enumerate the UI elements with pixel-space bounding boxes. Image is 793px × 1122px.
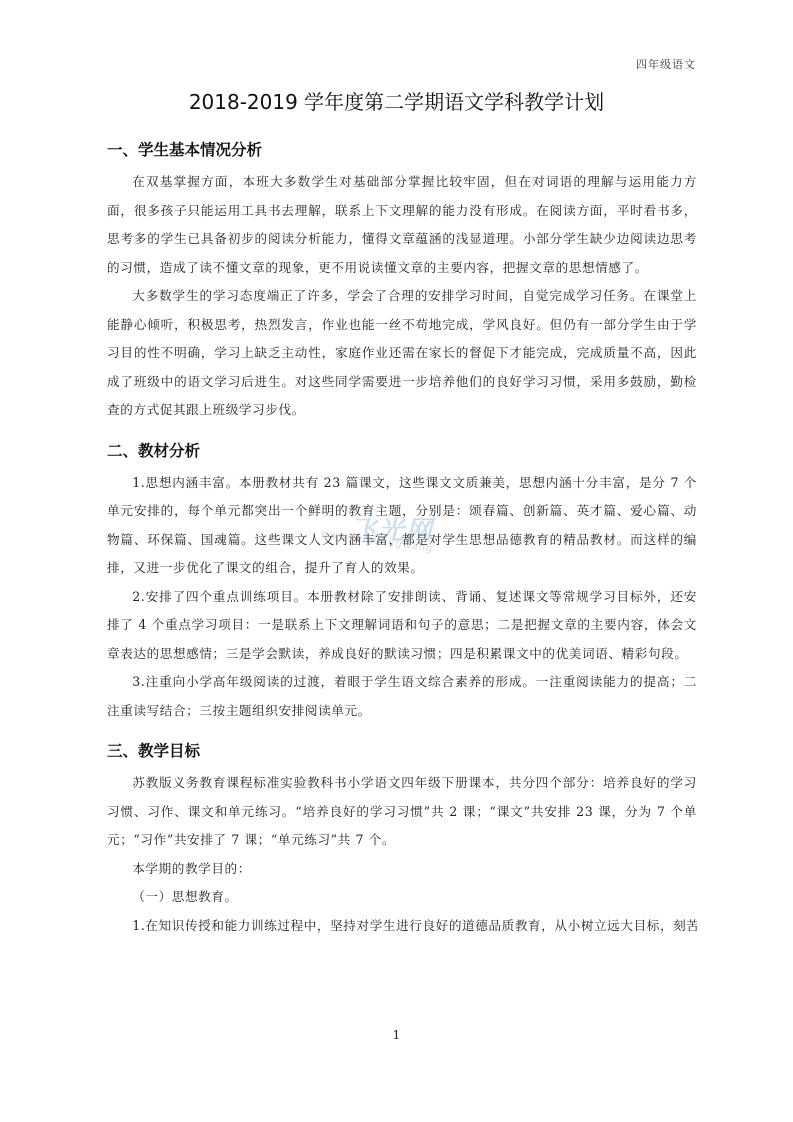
header-subject-tag: 四年级语文 bbox=[636, 56, 696, 72]
document-title: 2018-2019 学年度第二学期语文学科教学计划 bbox=[0, 86, 793, 115]
paragraph: 在双基掌握方面，本班大多数学生对基础部分掌握比较牢固，但在对词语的理解与运用能力… bbox=[107, 168, 697, 282]
section-heading-teaching-goals: 三、教学目标 bbox=[107, 739, 697, 763]
section-heading-student-analysis: 一、学生基本情况分析 bbox=[107, 138, 697, 162]
paragraph: 1.在知识传授和能力训练过程中，坚持对学生进行良好的道德品质教育，从小树立远大目… bbox=[107, 912, 697, 941]
paragraph: 2.安排了四个重点训练项目。本册教材除了安排朗读、背诵、复述课文等常规学习目标外… bbox=[107, 583, 697, 669]
section-heading-textbook-analysis: 二、教材分析 bbox=[107, 439, 697, 463]
document-body: 一、学生基本情况分析 在双基掌握方面，本班大多数学生对基础部分掌握比较牢固，但在… bbox=[107, 138, 697, 940]
paragraph: 本学期的教学目的： bbox=[107, 855, 697, 884]
paragraph: 大多数学生的学习态度端正了许多，学会了合理的安排学习时间，自觉完成学习任务。在课… bbox=[107, 282, 697, 425]
page-number: 1 bbox=[0, 1028, 793, 1042]
paragraph: 苏教版义务教育课程标准实验教科书小学语文四年级下册课本，共分四个部分：培养良好的… bbox=[107, 769, 697, 855]
subheading-ideological-education: （一）思想教育。 bbox=[107, 883, 697, 912]
paragraph: 3.注重向小学高年级阅读的过渡，着眼于学生语文综合素养的形成。一注重阅读能力的提… bbox=[107, 668, 697, 725]
paragraph: 1.思想内涵丰富。本册教材共有 23 篇课文，这些课文文质兼美，思想内涵十分丰富… bbox=[107, 469, 697, 583]
